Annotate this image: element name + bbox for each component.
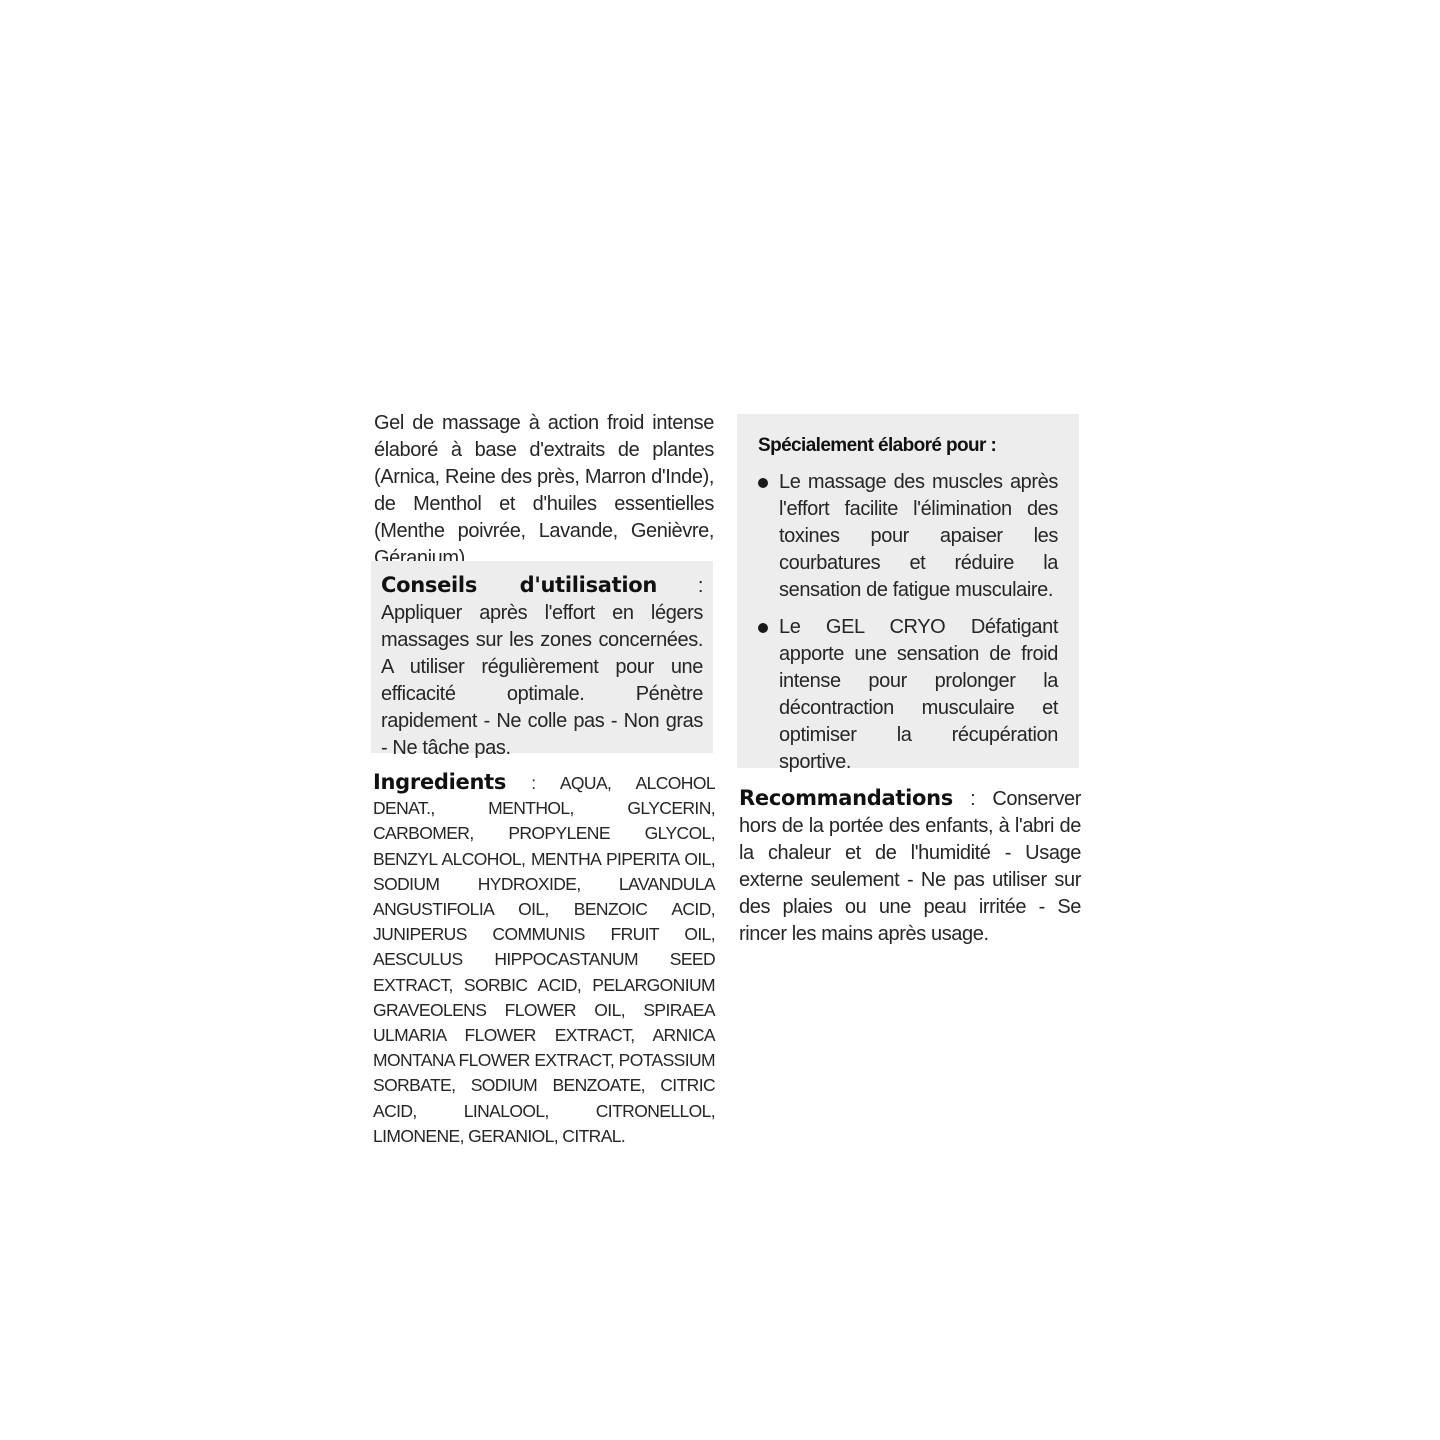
- recommendations-text: Conserver hors de la portée des enfants,…: [739, 788, 1081, 945]
- ingredients-text: AQUA, ALCOHOL DENAT., MENTHOL, GLYCERIN,…: [373, 773, 715, 1146]
- recommendations-heading: Recommandations: [739, 786, 953, 810]
- ingredients-separator: :: [506, 773, 560, 793]
- list-item-text: Le massage des muscles après l'effort fa…: [779, 471, 1058, 601]
- usage-text: Appliquer après l'effort en légers massa…: [381, 602, 703, 759]
- recommendations-paragraph: Recommandations : Conserver hors de la p…: [739, 785, 1081, 948]
- ingredients-paragraph: Ingredients : AQUA, ALCOHOL DENAT., MENT…: [373, 770, 715, 1149]
- specially-section: Spécialement élaboré pour : Le massage d…: [758, 432, 1058, 786]
- ingredients-heading: Ingredients: [373, 770, 506, 794]
- list-item: Le massage des muscles après l'effort fa…: [758, 469, 1058, 604]
- list-item: Le GEL CRYO Défatigant apporte une sensa…: [758, 614, 1058, 776]
- intro-paragraph: Gel de massage à action froid intense él…: [374, 410, 714, 572]
- intro-text: Gel de massage à action froid intense él…: [374, 412, 714, 569]
- bullet-icon: [758, 478, 768, 488]
- usage-heading: Conseils d'utilisation: [381, 573, 657, 597]
- usage-separator: :: [657, 575, 703, 597]
- bullet-icon: [758, 623, 768, 633]
- specially-list: Le massage des muscles après l'effort fa…: [758, 469, 1058, 776]
- specially-heading: Spécialement élaboré pour :: [758, 432, 1058, 459]
- list-item-text: Le GEL CRYO Défatigant apporte une sensa…: [779, 616, 1058, 773]
- usage-paragraph: Conseils d'utilisation : Appliquer après…: [381, 572, 703, 762]
- recommendations-separator: :: [953, 788, 992, 810]
